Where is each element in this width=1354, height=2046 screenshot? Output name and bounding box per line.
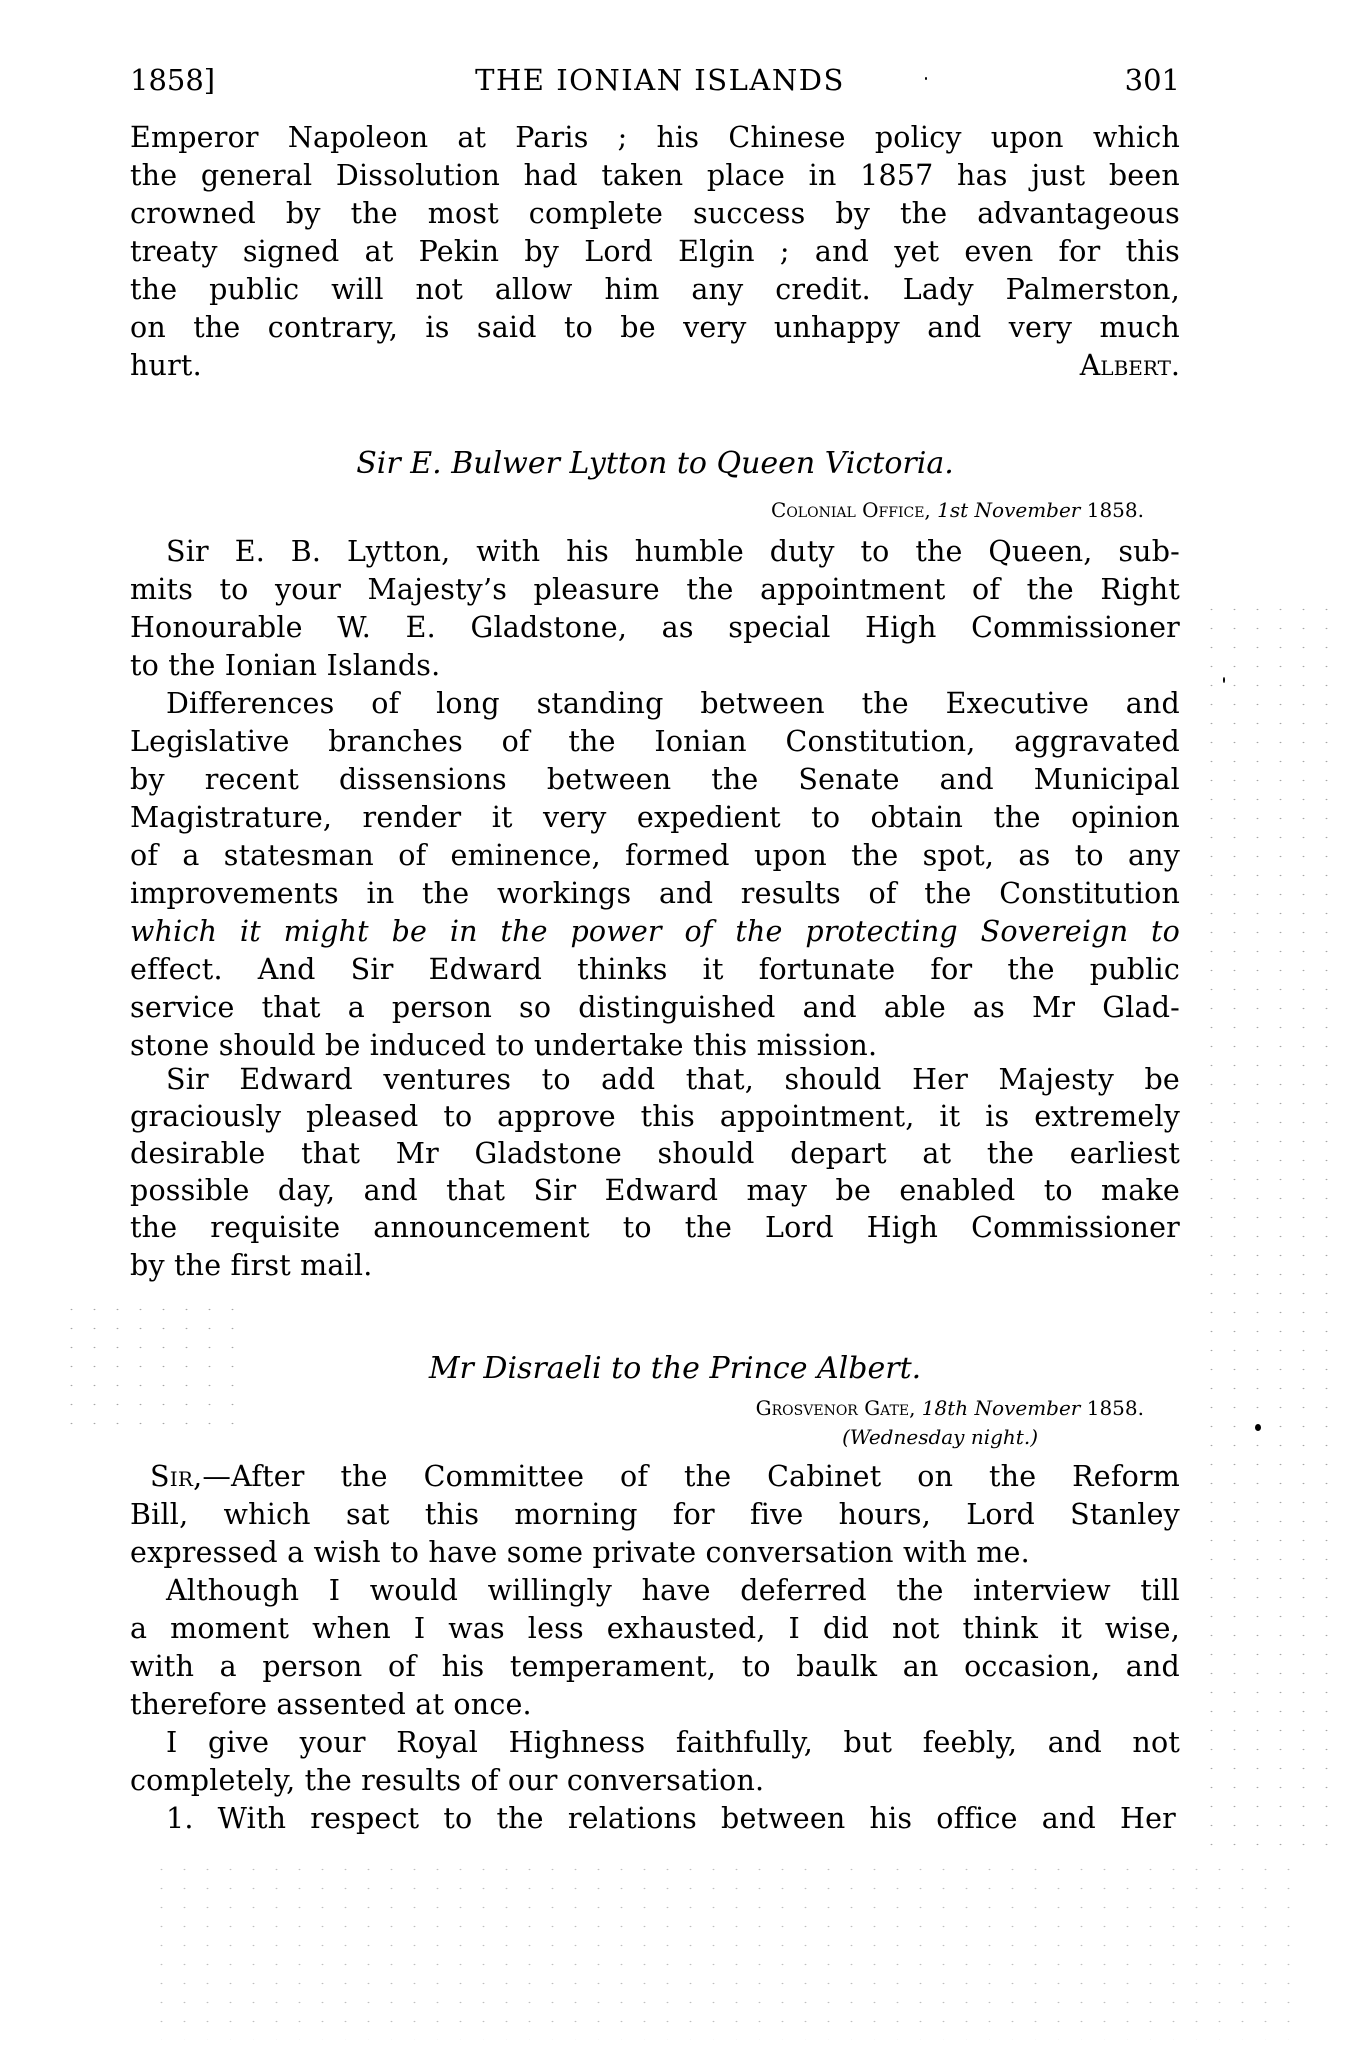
text-line: Although I would willingly have deferred… xyxy=(166,1572,1180,1610)
text-line: on the contrary, is said to be very unha… xyxy=(130,309,1180,347)
page-number: 301 xyxy=(1125,60,1180,100)
text-line: Bill, which sat this morning for five ho… xyxy=(130,1496,1180,1534)
text-line: hurt. xyxy=(130,347,1180,385)
dateline-day: 18th xyxy=(922,1396,968,1420)
text-line: the public will not allow him any credit… xyxy=(130,271,1180,309)
text-line: a moment when I was less exhausted, I di… xyxy=(130,1610,1180,1648)
dateline-note: (Wednesday night.) xyxy=(842,1424,1038,1450)
text-line: I give your Royal Highness faithfully, b… xyxy=(166,1724,1180,1762)
scan-noise xyxy=(1200,600,1330,1850)
letter-heading: Sir E. Bulwer Lytton to Queen Victoria. xyxy=(130,444,1180,484)
scan-speck xyxy=(1255,1424,1261,1431)
text-line: Differences of long standing between the… xyxy=(166,685,1180,723)
text-line: Legislative branches of the Ionian Const… xyxy=(130,723,1180,761)
dateline-place: Colonial Office, xyxy=(771,498,931,522)
text-line: of a statesman of eminence, formed upon … xyxy=(130,837,1180,875)
text-line: effect. And Sir Edward thinks it fortuna… xyxy=(130,951,1180,989)
text-line: Honourable W. E. Gladstone, as special H… xyxy=(130,609,1180,647)
running-head-title: THE IONIAN ISLANDS xyxy=(130,60,1180,100)
text-line: with a person of his temperament, to bau… xyxy=(130,1648,1180,1686)
text-line: Sir,—After the Committee of the Cabinet … xyxy=(150,1458,1180,1496)
text-line: service that a person so distinguished a… xyxy=(130,989,1180,1027)
letter-dateline: Colonial Office, 1st November 1858. xyxy=(771,497,1144,523)
text-line: improvements in the workings and results… xyxy=(130,875,1180,913)
dateline-place: Grosvenor Gate, xyxy=(756,1396,916,1420)
text-line: Magistrature, render it very expedient t… xyxy=(130,799,1180,837)
scan-noise xyxy=(60,1300,240,1440)
salutation: Sir, xyxy=(150,1460,202,1493)
dateline-day: 1st xyxy=(937,498,968,522)
text-line: possible day, and that Sir Edward may be… xyxy=(130,1172,1180,1210)
text-line: therefore assented at once. xyxy=(130,1686,1180,1724)
text-line: mits to your Majesty’s pleasure the appo… xyxy=(130,571,1180,609)
text-line: stone should be induced to undertake thi… xyxy=(130,1027,1180,1065)
dateline-month: November xyxy=(975,1396,1081,1420)
text-line: the requisite announcement to the Lord H… xyxy=(130,1209,1180,1247)
dateline-year: 1858. xyxy=(1087,1396,1144,1420)
scan-noise xyxy=(150,1860,1310,2040)
text-line: by recent dissensions between the Senate… xyxy=(130,761,1180,799)
dateline-year: 1858. xyxy=(1087,498,1144,522)
text-line: to the Ionian Islands. xyxy=(130,647,1180,685)
book-page: 1858] THE IONIAN ISLANDS 301 Emperor Nap… xyxy=(0,0,1354,2046)
text-line: Sir E. B. Lytton, with his humble duty t… xyxy=(166,533,1180,571)
dateline-month: November xyxy=(975,498,1081,522)
text-fragment: —After the Committee of the Cabinet on t… xyxy=(202,1460,1180,1493)
text-line: Sir Edward ventures to add that, should … xyxy=(166,1061,1180,1099)
scan-speck xyxy=(1223,677,1225,683)
text-line: by the first mail. xyxy=(130,1247,1180,1285)
text-line: 1. With respect to the relations between… xyxy=(166,1800,1176,1838)
scan-speck xyxy=(925,77,927,80)
text-line: crowned by the most complete success by … xyxy=(130,195,1180,233)
text-line: desirable that Mr Gladstone should depar… xyxy=(130,1135,1180,1173)
running-head: 1858] THE IONIAN ISLANDS 301 xyxy=(130,60,1180,100)
text-line: which it might be in the power of the pr… xyxy=(130,913,1180,951)
letter-dateline: Grosvenor Gate, 18th November 1858. xyxy=(756,1395,1144,1421)
letter-heading: Mr Disraeli to the Prince Albert. xyxy=(130,1349,1200,1389)
text-line: treaty signed at Pekin by Lord Elgin ; a… xyxy=(130,233,1180,271)
text-line: completely, the results of our conversat… xyxy=(130,1762,1180,1800)
text-line: graciously pleased to approve this appoi… xyxy=(130,1098,1180,1136)
text-line: expressed a wish to have some private co… xyxy=(130,1534,1180,1572)
signature-albert: Albert. xyxy=(1080,347,1180,385)
text-line: Emperor Napoleon at Paris ; his Chinese … xyxy=(130,119,1180,157)
text-line: the general Dissolution had taken place … xyxy=(130,157,1180,195)
